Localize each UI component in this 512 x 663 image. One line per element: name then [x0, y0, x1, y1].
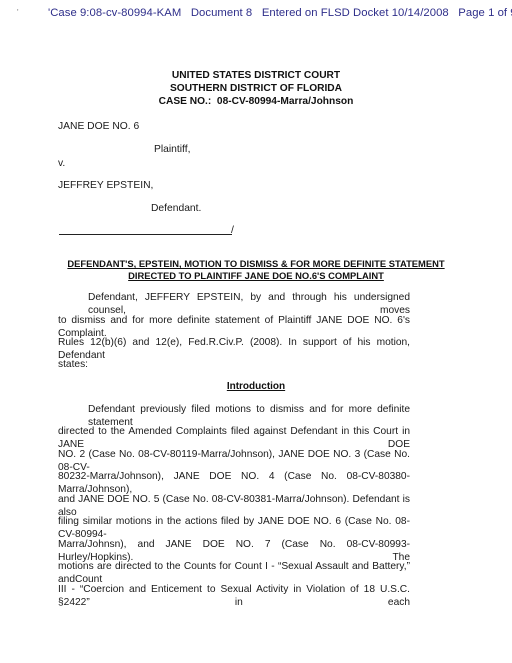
- docket-header-stamp: 'Case 9:08-cv-80994-KAM Document 8 Enter…: [48, 7, 512, 19]
- body-line: III - “Coercion and Enticement to Sexual…: [58, 583, 410, 596]
- body-line: filing similar motions in the actions fi…: [58, 515, 410, 528]
- body-line: and JANE DOE NO. 5 (Case No. 08-CV-80381…: [58, 493, 410, 506]
- body-line: directed to the Amended Complaints filed…: [58, 425, 410, 438]
- body-line: states:: [58, 358, 410, 371]
- body-line: to dismiss and for more definite stateme…: [58, 314, 410, 327]
- document-page: ' 'Case 9:08-cv-80994-KAM Document 8 Ent…: [0, 0, 512, 663]
- defendant-name: JEFFREY EPSTEIN,: [58, 180, 153, 191]
- motion-title-line-2: DIRECTED TO PLAINTIFF JANE DOE NO.6'S CO…: [0, 270, 512, 282]
- body-line: NO. 2 (Case No. 08-CV-80119-Marra/Johnso…: [58, 448, 410, 461]
- caption-divider: [59, 234, 232, 235]
- body-line: Defendant, JEFFERY EPSTEIN, by and throu…: [88, 291, 410, 304]
- body-line: Marra/Johnsn), and JANE DOE NO. 7 (Case …: [58, 538, 410, 551]
- court-name: UNITED STATES DISTRICT COURT: [0, 69, 512, 82]
- plaintiff-label: Plaintiff,: [154, 144, 190, 155]
- case-number: CASE NO.: 08-CV-80994-Marra/Johnson: [0, 95, 512, 108]
- body-line: Defendant previously filed motions to di…: [88, 403, 410, 416]
- scan-mark: ': [17, 8, 19, 17]
- motion-title-line-1: DEFENDANT'S, EPSTEIN, MOTION TO DISMISS …: [0, 258, 512, 270]
- defendant-label: Defendant.: [151, 203, 201, 214]
- plaintiff-name: JANE DOE NO. 6: [58, 121, 139, 132]
- caption-slash: /: [231, 224, 234, 236]
- body-line: 80232-Marra/Johnson), JANE DOE NO. 4 (Ca…: [58, 470, 410, 483]
- body-line: motions are directed to the Counts for C…: [58, 560, 410, 573]
- body-line: Rules 12(b)(6) and 12(e), Fed.R.Civ.P. (…: [58, 336, 410, 349]
- section-heading: Introduction: [0, 381, 512, 392]
- court-district: SOUTHERN DISTRICT OF FLORIDA: [0, 82, 512, 95]
- versus: v.: [58, 158, 65, 169]
